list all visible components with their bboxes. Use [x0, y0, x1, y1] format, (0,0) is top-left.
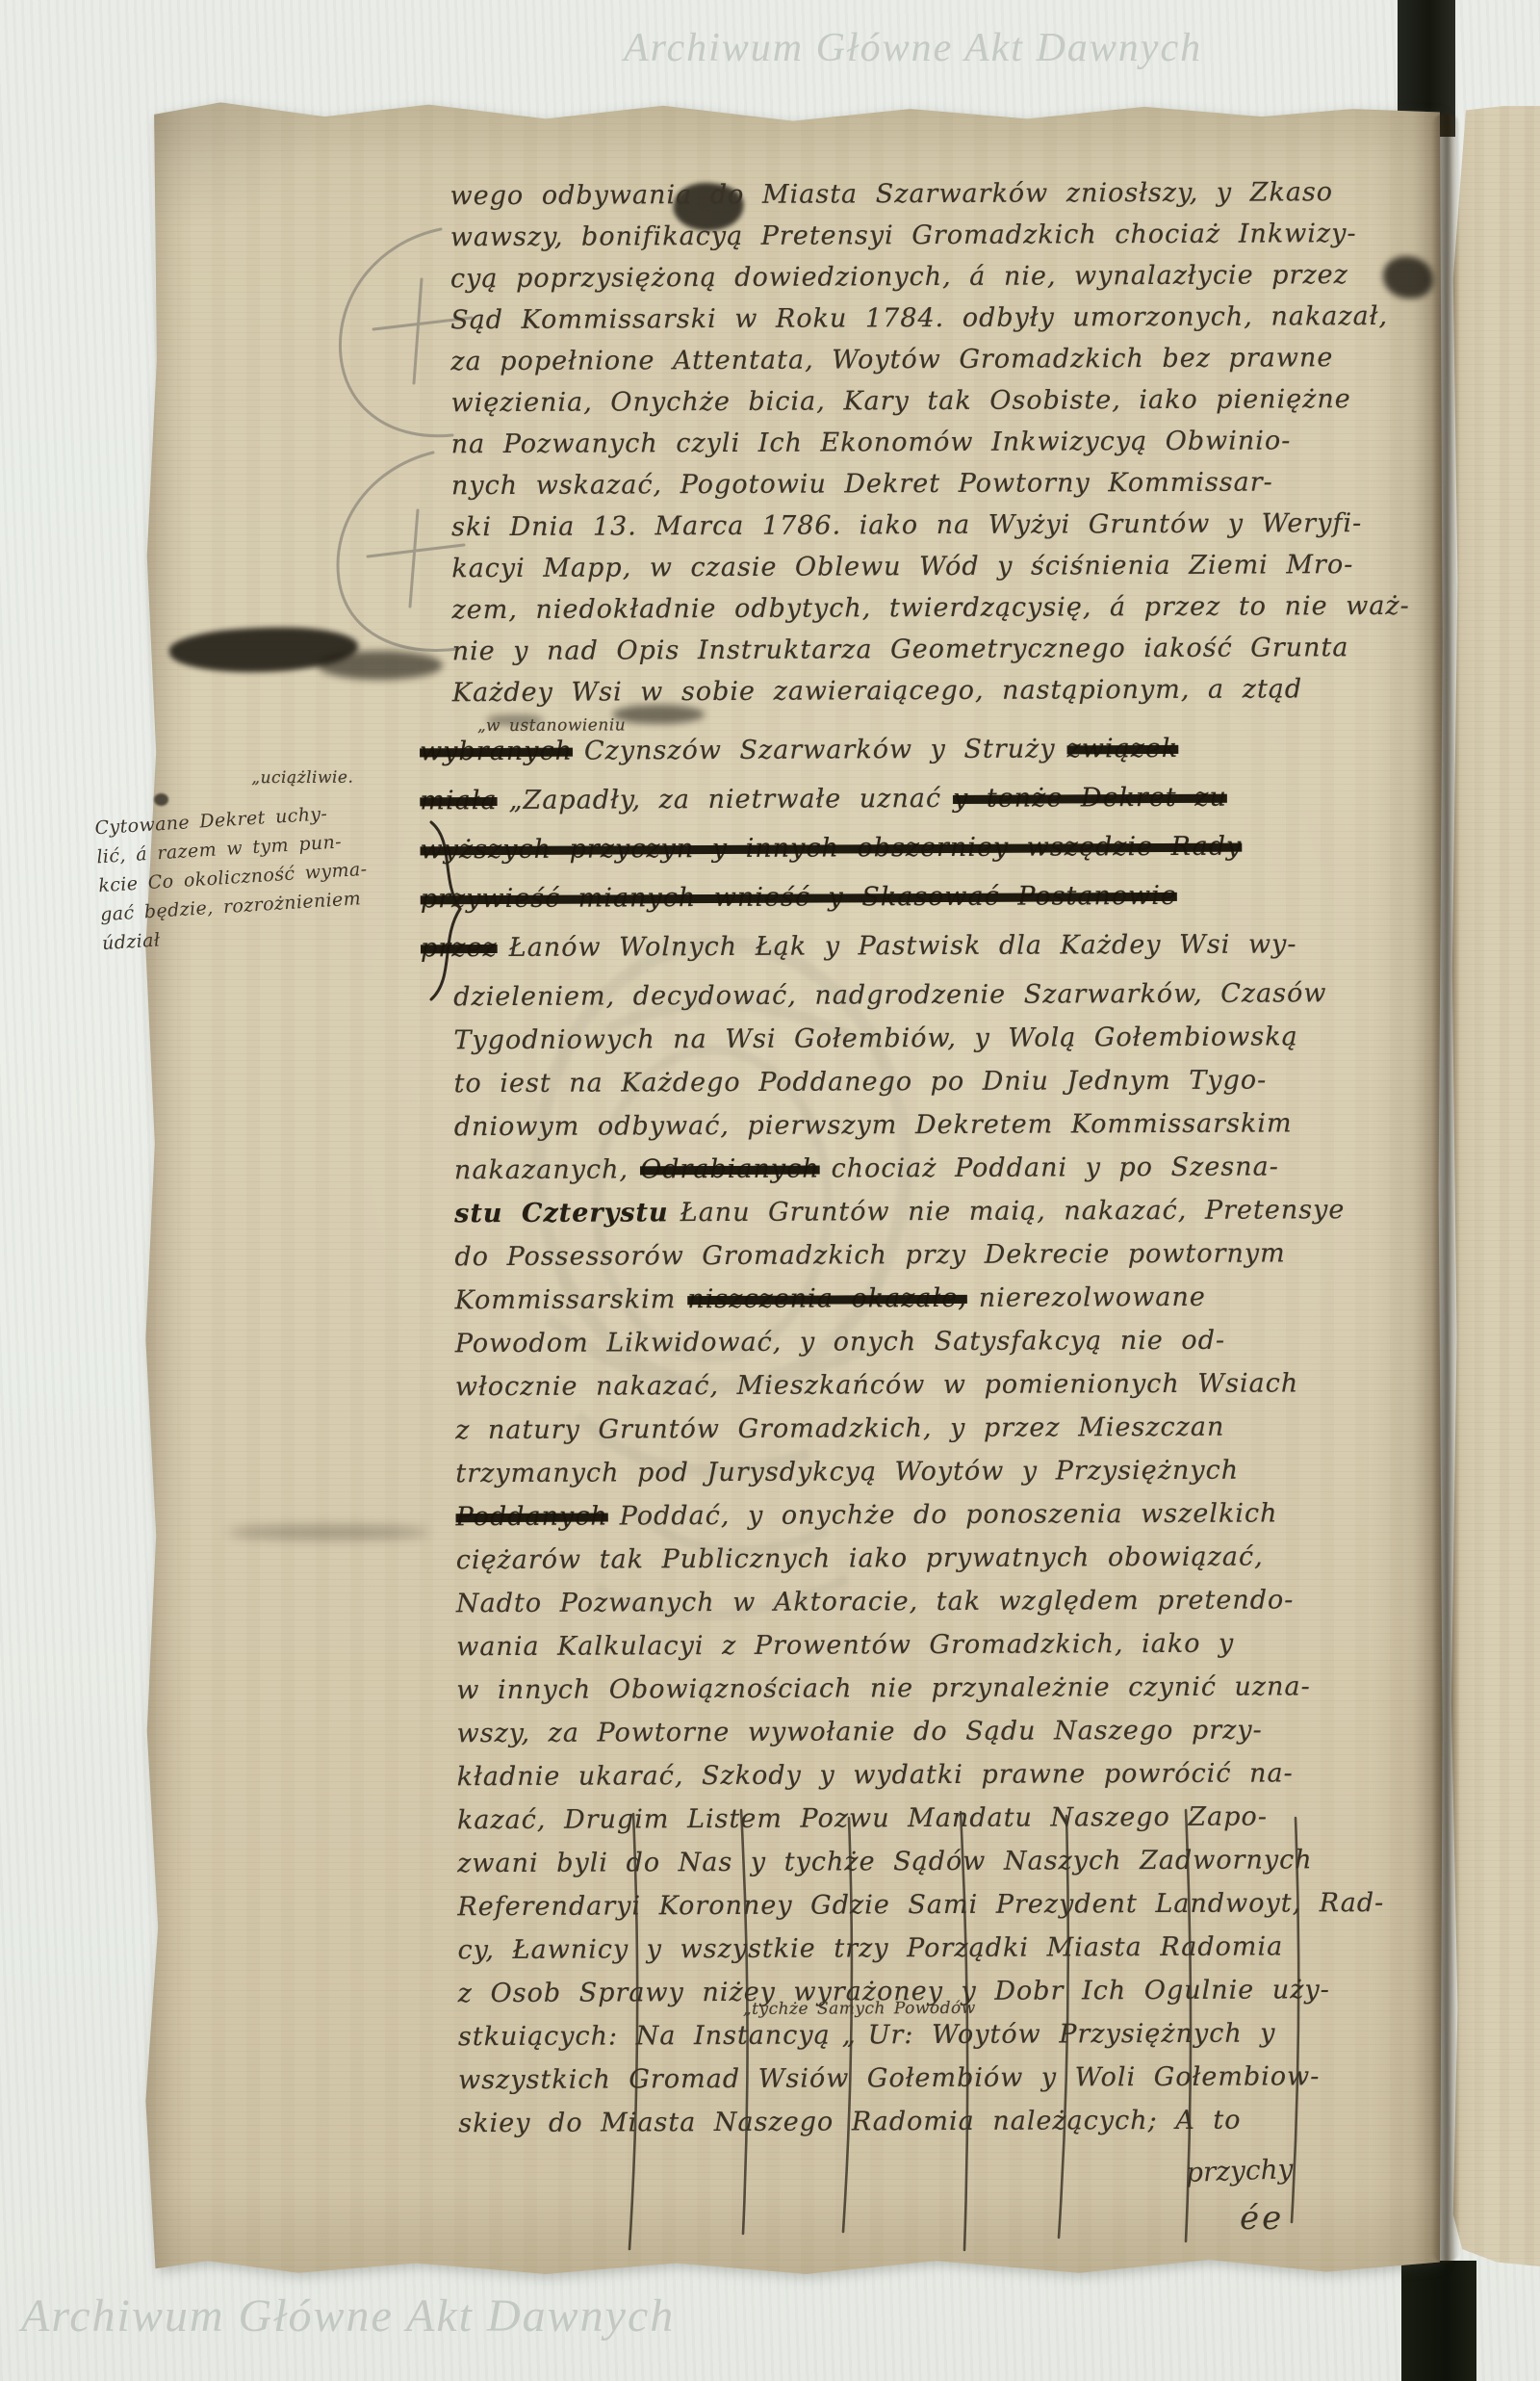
manuscript-line: cy, Ławnicy y wszystkie trzy Porządki Mi… [457, 1931, 1429, 1979]
manuscript-line: PoddanychPoddać, y onychże do ponoszenia… [456, 1498, 1428, 1545]
text-run: Sąd Kommissarski w Roku 1784. odbyły umo… [450, 301, 1399, 335]
manuscript-line: trzymanych pod Jurysdykcyą Woytów y Przy… [455, 1455, 1427, 1502]
manuscript-line: zwani byli do Nas y tychże Sądów Naszych… [457, 1845, 1429, 1892]
manuscript-line: miała„Zapadły, za nietrwałe uznaćy tenże… [420, 782, 1424, 836]
text-run: nakazanych, [454, 1154, 640, 1185]
text-run: za popełnione Attentata, Woytów Gromadzk… [450, 343, 1345, 376]
text-run: „Zapadły, za nietrwałe uznać [508, 784, 953, 815]
manuscript-line: stu CzterystuŁanu Gruntów nie maią, naka… [454, 1195, 1426, 1242]
manuscript-line: kazać, Drugim Listem Pozwu Mandatu Nasze… [457, 1801, 1429, 1849]
text-run: Poddać, y onychże do ponoszenia wszelkic… [620, 1498, 1290, 1531]
manuscript-line: kacyi Mapp, w czasie Oblewu Wód y ściśni… [451, 550, 1424, 595]
text-run: nierezolwowane [979, 1282, 1218, 1313]
text-run: kacyi Mapp, w czasie Oblewu Wód y ściśni… [451, 550, 1365, 583]
text-run: dniowym odbywać, pierwszym Dekretem Komm… [454, 1108, 1304, 1142]
second-page-edge [1450, 106, 1540, 2266]
manuscript-line: włocznie nakazać, Mieszkańców w pomienio… [455, 1368, 1427, 1415]
struck-text-run: y tenże Dekret zu [953, 783, 1239, 814]
text-run: skiey do Miasta Naszego Radomia należący… [458, 2106, 1252, 2139]
ink-blot-left-margin-2 [318, 651, 443, 680]
text-run: wawszy, bonifikacyą Pretensyi Gromadzkic… [450, 219, 1369, 252]
text-run: Referendaryi Koronney Gdzie Sami Prezyde… [457, 1888, 1396, 1922]
manuscript-line: dzieleniem, decydować, nadgrodzenie Szar… [453, 978, 1425, 1025]
text-run: kładnie ukarać, Szkody y wydatki prawne … [457, 1758, 1305, 1792]
manuscript-line: przezŁanów Wolnych Łąk y Pastwisk dla Ka… [421, 929, 1425, 983]
manuscript-line: do Possessorów Gromadzkich przy Dekrecie… [454, 1238, 1426, 1285]
end-flourish: ée [1240, 2199, 1284, 2238]
text-run: włocznie nakazać, Mieszkańców w pomienio… [455, 1368, 1310, 1402]
text-run: Czynszów Szarwarków y Struży [584, 734, 1067, 765]
struck-text-run: związek [1067, 734, 1191, 764]
manuscript-line: wyższych przyczyn y innych obszerniey ws… [421, 831, 1425, 885]
text-run: stkuiących: Na Instancyą [458, 2020, 842, 2052]
manuscript-line: za popełnione Attentata, Woytów Gromadzk… [450, 343, 1423, 388]
manuscript-line: przywieść mianych wnieść y Skasować Post… [421, 880, 1425, 934]
manuscript-line: kładnie ukarać, Szkody y wydatki prawne … [457, 1758, 1429, 1805]
text-run: wego odbywania do Miasta Szarwarków znio… [450, 177, 1346, 211]
pencil-oval-1 [340, 229, 452, 436]
text-run: Nadto Pozwanych w Aktoracie, tak względe… [456, 1585, 1306, 1618]
text-run: cy, Ławnicy y wszystkie trzy Porządki Mi… [457, 1931, 1295, 1965]
pencil-cross-2 [368, 510, 464, 607]
manuscript-line: nych wskazać, Pogotowiu Dekret Powtorny … [451, 467, 1424, 512]
text-run: w innych Obowiąznościach nie przynależni… [456, 1671, 1322, 1705]
manuscript-line: z natury Gruntów Gromadzkich, y przez Mi… [455, 1411, 1427, 1459]
manuscript-line: wybranychCzynszów Szarwarków y Strużyzwi… [420, 733, 1424, 787]
struck-text-run: miała [420, 786, 508, 815]
text-run: Każdey Wsi w sobie zawieraiącego, nastąp… [452, 674, 1314, 708]
text-run: więzienia, Onychże bicia, Kary tak Osobi… [450, 384, 1362, 418]
archive-scan: { "archive": { "watermark_text": "Archiw… [0, 0, 1540, 2381]
manuscript-line: w innych Obowiąznościach nie przynależni… [456, 1671, 1428, 1719]
manuscript-line: ski Dnia 13. Marca 1786. iako na Wyżyi G… [451, 508, 1424, 554]
text-run: dzieleniem, decydować, nadgrodzenie Szar… [453, 978, 1338, 1012]
text-run: na Pozwanych czyli Ich Ekonomów Inkwizyc… [451, 426, 1303, 459]
text-run: nie y nad Opis Instruktarza Geometryczne… [452, 633, 1361, 666]
ink-dot [154, 793, 168, 806]
manuscript-line: cyą poprzysiężoną dowiedzionych, á nie, … [450, 260, 1423, 305]
text-run: wszy, za Powtorne wywołanie do Sądu Nasz… [457, 1715, 1274, 1748]
manuscript-line: to iest na Każdego Poddanego po Dniu Jed… [454, 1065, 1426, 1112]
text-run: zem, niedokładnie odbytych, twierdzącysi… [451, 591, 1421, 625]
text-run: cyą poprzysiężoną dowiedzionych, á nie, … [450, 260, 1360, 294]
interlinear-insertion: „uciążliwie. [251, 768, 353, 788]
manuscript-line: stkuiących: Na Instancyą„Ur: Woytów Przy… [458, 2018, 1430, 2065]
text-run: z natury Gruntów Gromadzkich, y przez Mi… [455, 1412, 1236, 1446]
manuscript-line: więzienia, Onychże bicia, Kary tak Osobi… [450, 384, 1423, 429]
manuscript-line: ciężarów tak Publicznych iako prywatnych… [456, 1541, 1428, 1589]
manuscript-line: Każdey Wsi w sobie zawieraiącego, nastąp… [452, 674, 1424, 719]
manuscript-line: wszystkich Gromad Wsiów Gołembiów y Woli… [458, 2061, 1430, 2109]
manuscript-line: nie y nad Opis Instruktarza Geometryczne… [452, 633, 1424, 678]
gutter-shadow [1431, 114, 1460, 2263]
text-run: Tygodniowych na Wsi Gołembiów, y Wolą Go… [453, 1022, 1309, 1055]
manuscript-line: na Pozwanych czyli Ich Ekonomów Inkwizyc… [451, 426, 1424, 471]
manuscript-line: nakazanych,Odrabianychchociaż Poddani y … [454, 1152, 1426, 1199]
manuscript-line: Kommissarskimniszczenia okazałe,nierezol… [455, 1281, 1427, 1329]
struck-text-run: niszczenia okazałe, [687, 1283, 979, 1314]
text-run: trzymanych pod Jurysdykcyą Woytów y Przy… [455, 1456, 1250, 1489]
archive-watermark-top: Archiwum Główne Akt Dawnych [624, 25, 1202, 71]
text-run: nych wskazać, Pogotowiu Dekret Powtorny … [451, 467, 1285, 501]
manuscript-line: wania Kalkulacyi z Prowentów Gromadzkich… [456, 1628, 1428, 1675]
manuscript-line: Nadto Pozwanych w Aktoracie, tak względe… [456, 1585, 1428, 1632]
text-run: zwani byli do Nas y tychże Sądów Naszych… [457, 1845, 1324, 1878]
manuscript-line: Powodom Likwidować, y onych Satysfakcyą … [455, 1325, 1427, 1372]
text-run: Łanu Gruntów nie maią, nakazać, Pretensy… [680, 1195, 1357, 1228]
manuscript-line: wawszy, bonifikacyą Pretensyi Gromadzkic… [450, 219, 1423, 264]
text-run: Ur: Woytów Przysiężnych y [868, 2018, 1288, 2050]
text-run: Łanów Wolnych Łąk y Pastwisk dla Każdey … [509, 929, 1309, 963]
struck-text-run: przywieść mianych wnieść y Skasować Post… [421, 881, 1189, 914]
text-run: stu Czterystu [454, 1198, 680, 1229]
manuscript-line: wego odbywania do Miasta Szarwarków znio… [450, 177, 1423, 222]
text-run: kazać, Drugim Listem Pozwu Mandatu Nasze… [457, 1801, 1279, 1835]
faint-smear-lower [227, 1525, 429, 1540]
manuscript-line: Tygodniowych na Wsi Gołembiów, y Wolą Go… [453, 1022, 1425, 1069]
manuscript-line: dniowym odbywać, pierwszym Dekretem Komm… [454, 1108, 1426, 1155]
catchword: przychy [1185, 2153, 1294, 2188]
text-run: ciężarów tak Publicznych iako prywatnych… [456, 1541, 1275, 1575]
text-run: wania Kalkulacyi z Prowentów Gromadzkich… [456, 1629, 1245, 1663]
text-run: to iest na Każdego Poddanego po Dniu Jed… [454, 1065, 1279, 1099]
text-run: wszystkich Gromad Wsiów Gołembiów y Woli… [458, 2061, 1331, 2095]
text-run: chociaż Poddani y po Szesna- [832, 1152, 1291, 1183]
manuscript-line: wszy, za Powtorne wywołanie do Sądu Nasz… [457, 1715, 1429, 1762]
text-run: Kommissarskim [455, 1284, 688, 1315]
text-run: Powodom Likwidować, y onych Satysfakcyą … [455, 1326, 1237, 1359]
text-block: wego odbywania do Miasta Szarwarków znio… [450, 177, 1431, 2152]
manuscript-line: Sąd Kommissarski w Roku 1784. odbyły umo… [450, 301, 1423, 347]
struck-text-run: wybranych [420, 737, 584, 767]
interlinear-insertion: „tychże Samych Powodów [743, 1999, 976, 2019]
text-run: do Possessorów Gromadzkich przy Dekrecie… [454, 1238, 1296, 1272]
manuscript-line: Referendaryi Koronney Gdzie Sami Prezyde… [457, 1888, 1429, 1935]
struck-text-run: Poddanych [456, 1501, 620, 1532]
manuscript-line: skiey do Miasta Naszego Radomia należący… [458, 2105, 1430, 2152]
margin-note: Cytowane Dekret uchy-lić, á razem w tym … [94, 792, 449, 958]
struck-text-run: wyższych przyczyn y innych obszerniey ws… [421, 832, 1254, 866]
struck-text-run: Odrabianych [640, 1153, 832, 1184]
archive-watermark-bottom: Archiwum Główne Akt Dawnych [21, 2290, 675, 2342]
manuscript-line: zem, niedokładnie odbytych, twierdzącysi… [451, 591, 1424, 636]
text-run: „ [842, 2020, 868, 2050]
binding-ribbon-bottom [1401, 2261, 1476, 2381]
text-run: ski Dnia 13. Marca 1786. iako na Wyżyi G… [451, 508, 1373, 542]
struck-text-run: przez [421, 933, 509, 963]
interlinear-insertion: „w ustanowieniu [477, 715, 626, 736]
